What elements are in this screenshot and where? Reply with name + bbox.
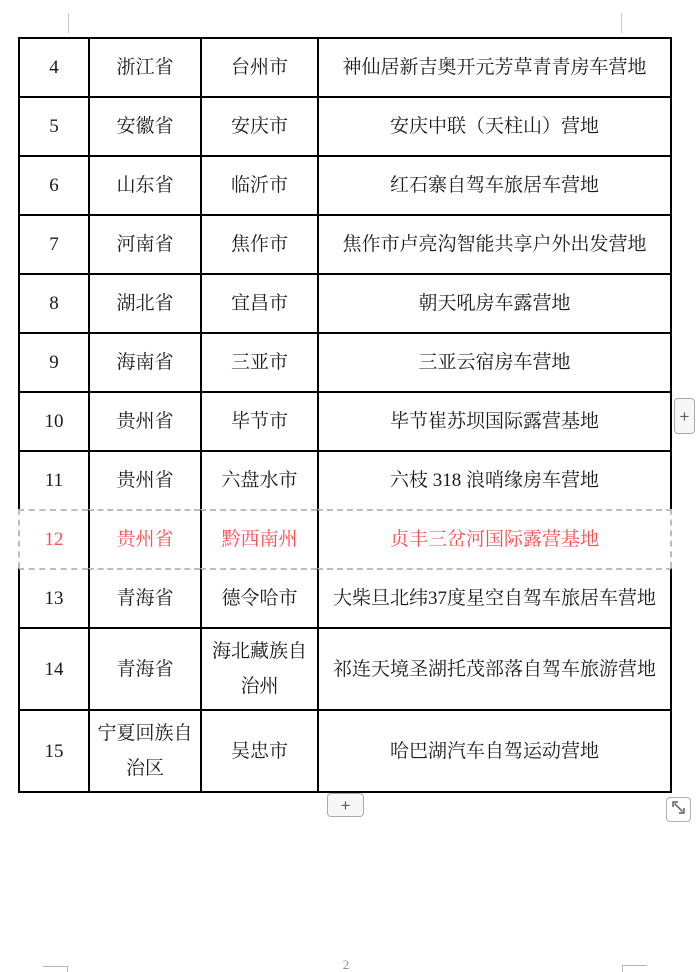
- document-page: 4 浙江省 台州市 神仙居新吉奥开元芳草青青房车营地 5 安徽省 安庆市 安庆中…: [0, 0, 699, 972]
- cell-index[interactable]: 5: [18, 96, 88, 155]
- cell-index[interactable]: 12: [18, 509, 88, 568]
- add-row-button[interactable]: +: [327, 793, 364, 817]
- cell-province[interactable]: 山东省: [88, 155, 200, 214]
- cell-city[interactable]: 德令哈市: [200, 568, 317, 627]
- cell-province[interactable]: 海南省: [88, 332, 200, 391]
- cell-camp-name[interactable]: 大柴旦北纬37度星空自驾车旅居车营地: [317, 568, 672, 627]
- table-row: 15 宁夏回族自治区 吴忠市 哈巴湖汽车自驾运动营地: [18, 709, 672, 793]
- cell-index[interactable]: 4: [18, 37, 88, 96]
- cell-camp-name[interactable]: 焦作市卢亮沟智能共享户外出发营地: [317, 214, 672, 273]
- page-number: 2: [336, 957, 356, 972]
- cell-index[interactable]: 11: [18, 450, 88, 509]
- table-row: 4 浙江省 台州市 神仙居新吉奥开元芳草青青房车营地: [18, 37, 672, 96]
- cell-city[interactable]: 临沂市: [200, 155, 317, 214]
- cell-city[interactable]: 宜昌市: [200, 273, 317, 332]
- cell-city[interactable]: 六盘水市: [200, 450, 317, 509]
- cell-city[interactable]: 黔西南州: [200, 509, 317, 568]
- camps-table: 4 浙江省 台州市 神仙居新吉奥开元芳草青青房车营地 5 安徽省 安庆市 安庆中…: [18, 37, 672, 793]
- cell-city[interactable]: 安庆市: [200, 96, 317, 155]
- table-row: 9 海南省 三亚市 三亚云宿房车营地: [18, 332, 672, 391]
- cell-camp-name[interactable]: 神仙居新吉奥开元芳草青青房车营地: [317, 37, 672, 96]
- cell-index[interactable]: 13: [18, 568, 88, 627]
- cell-camp-name[interactable]: 安庆中联（天柱山）营地: [317, 96, 672, 155]
- cell-province[interactable]: 安徽省: [88, 96, 200, 155]
- cell-city[interactable]: 台州市: [200, 37, 317, 96]
- cell-province[interactable]: 贵州省: [88, 391, 200, 450]
- cell-province[interactable]: 贵州省: [88, 509, 200, 568]
- cell-index[interactable]: 15: [18, 709, 88, 793]
- page-margin-mark-top-left: [68, 13, 69, 33]
- table-row: 11 贵州省 六盘水市 六枝 318 浪哨缘房车营地: [18, 450, 672, 509]
- cell-index[interactable]: 10: [18, 391, 88, 450]
- table-row: 12 贵州省 黔西南州 贞丰三岔河国际露营基地: [18, 509, 672, 568]
- cell-province[interactable]: 宁夏回族自治区: [88, 709, 200, 793]
- cell-camp-name[interactable]: 毕节崔苏坝国际露营基地: [317, 391, 672, 450]
- cell-camp-name[interactable]: 六枝 318 浪哨缘房车营地: [317, 450, 672, 509]
- cell-camp-name[interactable]: 三亚云宿房车营地: [317, 332, 672, 391]
- cell-province[interactable]: 湖北省: [88, 273, 200, 332]
- cell-index[interactable]: 7: [18, 214, 88, 273]
- cell-city[interactable]: 三亚市: [200, 332, 317, 391]
- table-row: 13 青海省 德令哈市 大柴旦北纬37度星空自驾车旅居车营地: [18, 568, 672, 627]
- cell-camp-name[interactable]: 红石寨自驾车旅居车营地: [317, 155, 672, 214]
- cell-camp-name[interactable]: 贞丰三岔河国际露营基地: [317, 509, 672, 568]
- cell-city[interactable]: 焦作市: [200, 214, 317, 273]
- cell-province[interactable]: 贵州省: [88, 450, 200, 509]
- table-row: 7 河南省 焦作市 焦作市卢亮沟智能共享户外出发营地: [18, 214, 672, 273]
- cell-province[interactable]: 河南省: [88, 214, 200, 273]
- cell-city[interactable]: 海北藏族自治州: [200, 627, 317, 709]
- cell-index[interactable]: 8: [18, 273, 88, 332]
- cell-index[interactable]: 9: [18, 332, 88, 391]
- cell-camp-name[interactable]: 朝天吼房车露营地: [317, 273, 672, 332]
- cell-city[interactable]: 吴忠市: [200, 709, 317, 793]
- cell-province[interactable]: 青海省: [88, 627, 200, 709]
- table-row: 10 贵州省 毕节市 毕节崔苏坝国际露营基地: [18, 391, 672, 450]
- cell-province[interactable]: 浙江省: [88, 37, 200, 96]
- table-row: 5 安徽省 安庆市 安庆中联（天柱山）营地: [18, 96, 672, 155]
- table-row: 8 湖北省 宜昌市 朝天吼房车露营地: [18, 273, 672, 332]
- cell-province[interactable]: 青海省: [88, 568, 200, 627]
- add-column-button[interactable]: +: [674, 398, 695, 434]
- cell-camp-name[interactable]: 祁连天境圣湖托茂部落自驾车旅游营地: [317, 627, 672, 709]
- cell-camp-name[interactable]: 哈巴湖汽车自驾运动营地: [317, 709, 672, 793]
- page-margin-mark-top-right: [621, 13, 622, 33]
- diagonal-resize-icon: [671, 800, 686, 820]
- cell-city[interactable]: 毕节市: [200, 391, 317, 450]
- table-row: 14 青海省 海北藏族自治州 祁连天境圣湖托茂部落自驾车旅游营地: [18, 627, 672, 709]
- table-row: 6 山东省 临沂市 红石寨自驾车旅居车营地: [18, 155, 672, 214]
- cell-index[interactable]: 6: [18, 155, 88, 214]
- table-resize-handle[interactable]: [666, 797, 691, 822]
- cell-index[interactable]: 14: [18, 627, 88, 709]
